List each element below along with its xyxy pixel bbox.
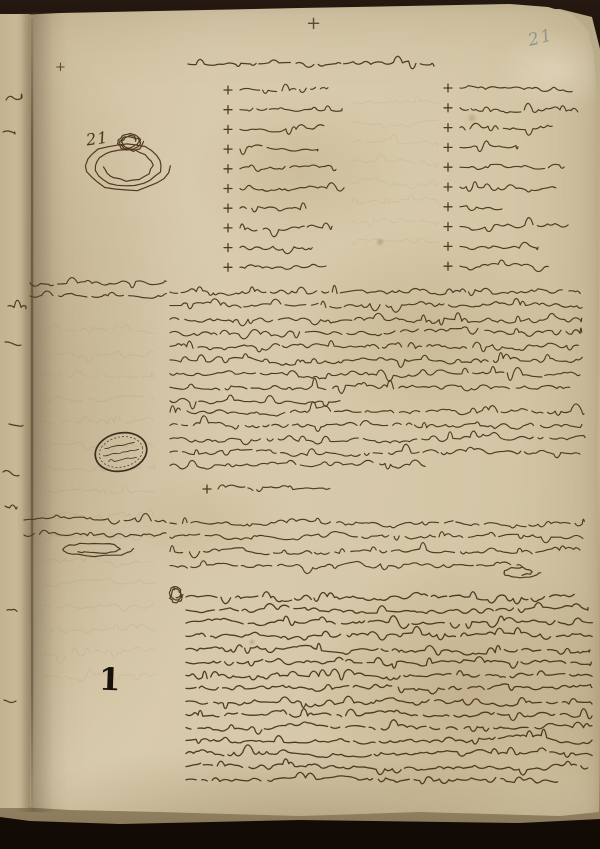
margin-cross: +	[55, 60, 66, 75]
show-through-mid	[352, 96, 438, 244]
margin-underline-flourish	[63, 543, 134, 556]
notarial-flourish	[85, 144, 170, 191]
list-column-right	[444, 84, 578, 272]
paragraph-4	[186, 592, 592, 784]
heading-line	[188, 56, 434, 69]
paragraph-1	[170, 285, 582, 409]
handwriting-ink-layer	[0, 0, 600, 849]
paragraph-2	[170, 402, 585, 469]
list-column-left	[224, 84, 344, 271]
initial-glyph	[169, 587, 183, 603]
invocation-cross: +	[306, 13, 321, 34]
manuscript-scan: + + 21 21 1	[0, 0, 600, 849]
notarial-flourish-knot	[118, 134, 144, 152]
paragraph-3-end-flourish	[504, 567, 541, 578]
margin-numeral: 21	[85, 128, 110, 150]
paragraph-3	[170, 518, 584, 574]
printed-folio-mark: 1	[98, 662, 121, 699]
gutter-ink-fragments	[3, 94, 26, 702]
show-through-left	[44, 324, 154, 681]
single-entry-line	[203, 485, 330, 493]
margin-note-upper	[30, 278, 166, 299]
